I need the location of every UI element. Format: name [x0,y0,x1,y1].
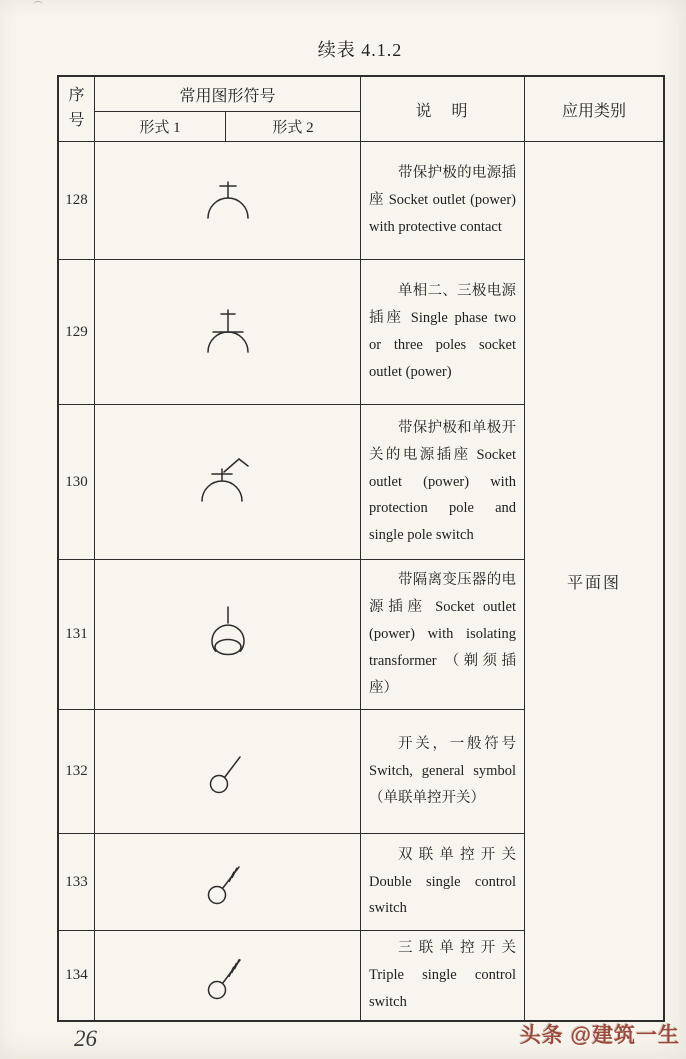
symbol-cell-129 [95,260,361,405]
description-128: 带保护极的电源插座 Socket outlet (power) with pro… [369,160,516,240]
document-page: 续表 4.1.2 序 号 常用图形符号 形式 1 形式 2 说 明 应用类别 1… [0,0,686,1059]
header-serial-number: 序 号 [59,77,95,142]
description-cell-129: 单相二、三极电源插座 Single phase two or three pol… [361,260,525,405]
socket-protection-pole-switch-icon [198,457,258,507]
serial-132: 132 [59,710,95,834]
header-form-1: 形式 1 [95,112,226,142]
description-cell-133: 双联单控开关 Double single control switch [361,834,525,931]
application-category-cell: 平面图 [525,142,663,1020]
shaver-socket-isolating-transformer-icon [208,605,248,665]
serial-133: 133 [59,834,95,931]
description-132: 开关，一般符号 Switch, general symbol （单联单控开关） [369,731,516,811]
serial-130: 130 [59,405,95,560]
serial-129: 129 [59,260,95,405]
description-131: 带隔离变压器的电源插座 Socket outlet (power) with i… [369,567,516,701]
scan-artifact [33,1,43,8]
description-130: 带保护极和单极开关的电源插座 Socket outlet (power) wit… [369,415,516,549]
description-129: 单相二、三极电源插座 Single phase two or three pol… [369,278,516,385]
serial-134: 134 [59,931,95,1020]
triple-single-control-switch-icon [206,951,250,1001]
double-single-control-switch-icon [206,858,250,906]
page-number: 26 [74,1026,97,1052]
symbol-cell-128 [95,142,361,260]
header-form-2: 形式 2 [226,112,361,142]
symbol-cell-134 [95,931,361,1020]
symbol-cell-132 [95,710,361,834]
header-serial-top: 序 [68,84,84,109]
switch-general-icon [207,749,249,795]
description-133: 双联单控开关 Double single control switch [369,842,516,922]
description-cell-134: 三联单控开关 Triple single control switch [361,931,525,1020]
header-serial-bottom: 号 [68,109,84,134]
description-cell-131: 带隔离变压器的电源插座 Socket outlet (power) with i… [361,560,525,710]
serial-131: 131 [59,560,95,710]
symbol-cell-131 [95,560,361,710]
application-category-value: 平面图 [567,570,621,593]
description-134: 三联单控开关 Triple single control switch [369,935,516,1015]
header-application-category: 应用类别 [525,77,663,142]
description-cell-128: 带保护极的电源插座 Socket outlet (power) with pro… [361,142,525,260]
symbol-cell-130 [95,405,361,560]
header-common-graphic-symbols: 常用图形符号 [95,77,361,112]
description-cell-130: 带保护极和单极开关的电源插座 Socket outlet (power) wit… [361,405,525,560]
two-three-pole-socket-icon [202,306,254,358]
toutiao-watermark: 头条 @建筑一生 [520,1019,680,1049]
header-description: 说 明 [361,77,525,142]
serial-128: 128 [59,142,95,260]
description-cell-132: 开关，一般符号 Switch, general symbol （单联单控开关） [361,710,525,834]
table-title: 续表 4.1.2 [58,36,662,62]
symbols-table: 序 号 常用图形符号 形式 1 形式 2 说 明 应用类别 128 带保护极的电… [57,75,665,1022]
socket-protective-contact-icon [202,178,254,224]
symbol-cell-133 [95,834,361,931]
